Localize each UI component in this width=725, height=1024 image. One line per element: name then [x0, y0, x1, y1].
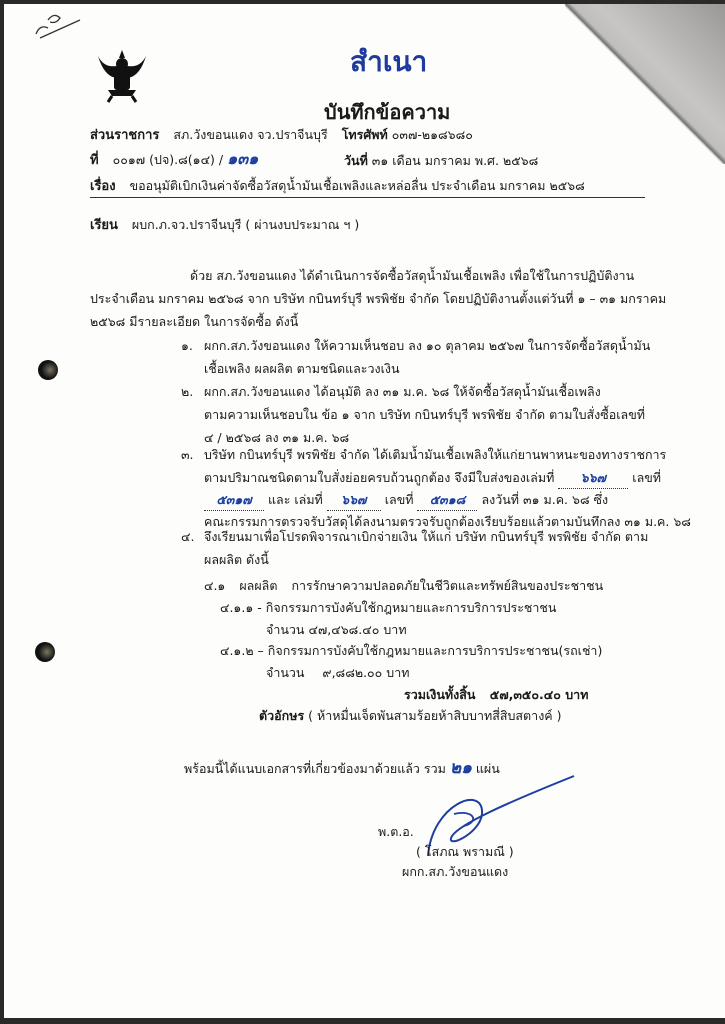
delivery-number-2: ๕๓๑๘	[417, 490, 477, 511]
copy-stamp: สำเนา	[350, 40, 427, 84]
handwritten-mark	[26, 8, 90, 44]
phone-value: ๐๓๗-๒๑๘๖๘๐	[392, 127, 473, 142]
in-words-value: ( ห้าหมื่นเจ็ดพันสามร้อยห้าสิบบาทสี่สิบส…	[308, 708, 561, 723]
agency-line: ส่วนราชการ สภ.วังขอนแดง จว.ปราจีนบุรี โท…	[90, 124, 473, 145]
activity-1-amount-label: จำนวน	[266, 622, 304, 637]
total-amount: ๕๗,๓๕๐.๔๐	[490, 687, 561, 702]
activity-2-amount-line: จำนวน ๙,๘๘๒.๐๐ บาท	[266, 663, 410, 683]
date-line: วันที่ ๓๑ เดือน มกราคม พ.ศ. ๒๕๖๘	[344, 151, 538, 171]
item-2-line-2: ตามความเห็นชอบใน ข้อ ๑ จาก บริษัท กบินทร…	[204, 405, 645, 425]
ref-value: ๐๐๑๗ (ปจ).๘(๑๔) /	[113, 152, 224, 167]
item-3-line-3: ๕๓๑๗ และ เล่มที่ ๖๖๗ เลขที่ ๕๓๑๘ ลงวันที…	[204, 490, 608, 511]
date-year: ๒๕๖๘	[503, 153, 538, 168]
activity-1-name: กิจกรรมการบังคับใช้กฎหมายและการบริการประ…	[266, 600, 557, 615]
number-label-2: เลขที่	[385, 492, 414, 507]
activity-1-amount-line: จำนวน ๔๗,๔๖๘.๔๐ บาท	[266, 620, 407, 640]
ref-label: ที่	[90, 153, 99, 168]
activity-1-number: ๔.๑.๑ -	[220, 600, 262, 615]
output-line: ๔.๑ ผลผลิต การรักษาความปลอดภัยในชีวิตและ…	[204, 576, 603, 596]
agency-label: ส่วนราชการ	[90, 128, 159, 143]
garuda-emblem-icon	[94, 46, 150, 104]
date-day: ๓๑	[372, 153, 388, 168]
and-book-label: และ เล่มที่	[268, 492, 323, 507]
to-label: เรียน	[90, 218, 118, 233]
activity-1-currency: บาท	[383, 622, 406, 637]
recipient-line: เรียน ผบก.ภ.จว.ปราจีนบุรี ( ผ่านงบประมาณ…	[90, 214, 359, 235]
fold-edge	[565, 4, 725, 164]
date-label: วันที่	[344, 153, 368, 168]
to-value: ผบก.ภ.จว.ปราจีนบุรี ( ผ่านงบประมาณ ฯ )	[132, 217, 359, 232]
month-label: เดือน	[392, 153, 420, 168]
year-label: พ.ศ.	[475, 153, 499, 168]
item-4-line-1: จึงเรียนมาเพื่อโปรดพิจารณาเบิกจ่ายเงิน ใ…	[204, 527, 648, 547]
total-currency: บาท	[565, 687, 588, 702]
number-label: เลขที่	[632, 470, 661, 485]
item-1-number: ๑.	[181, 336, 193, 356]
activity-1-line: ๔.๑.๑ - กิจกรรมการบังคับใช้กฎหมายและการบ…	[220, 598, 556, 618]
item-4-number: ๔.	[181, 527, 194, 547]
in-words-label: ตัวอักษร	[259, 708, 304, 723]
delivery-number-1: ๕๓๑๗	[204, 490, 264, 511]
output-value: การรักษาความปลอดภัยในชีวิตและทรัพย์สินขอ…	[291, 578, 603, 593]
dated-label: ลงวันที่	[481, 492, 519, 507]
document-page: สำเนา บันทึกข้อความ ส่วนราชการ สภ.วังขอน…	[4, 4, 725, 1018]
total-line: รวมเงินทั้งสิ้น ๕๗,๓๕๐.๔๐ บาท	[404, 685, 588, 705]
intro-line-3: ๒๕๖๘ มีรายละเอียด ในการจัดซื้อ ดังนี้	[90, 312, 298, 332]
intro-line-2: ประจำเดือน มกราคม ๒๕๖๘ จาก บริษัท กบินทร…	[90, 289, 666, 309]
total-label: รวมเงินทั้งสิ้น	[404, 687, 475, 702]
signer-rank: พ.ต.อ.	[378, 822, 414, 842]
activity-2-amount: ๙,๘๘๒.๐๐	[322, 665, 382, 680]
activity-2-currency: บาท	[386, 665, 409, 680]
item-1-line-1: ผกก.สภ.วังขอนแดง ให้ความเห็นชอบ ลง ๑๐ ตุ…	[204, 336, 650, 356]
phone-label: โทรศัพท์	[342, 127, 388, 142]
activity-2-name: กิจกรรมการบังคับใช้กฎหมายและการบริการประ…	[268, 643, 603, 658]
subject-label: เรื่อง	[90, 179, 116, 194]
date-month: มกราคม	[425, 153, 471, 168]
attachments-text: พร้อมนี้ได้แนบเอกสารที่เกี่ยวข้องมาด้วยแ…	[184, 761, 446, 776]
activity-1-amount: ๔๗,๔๖๘.๔๐	[308, 622, 379, 637]
item-3-line-1: บริษัท กบินทร์บุรี พรพิชัย จำกัด ได้เติม…	[204, 445, 666, 465]
dated-value: ๓๑ ม.ค. ๖๘ ซึ่ง	[523, 492, 608, 507]
item-2-line-1: ผกก.สภ.วังขอนแดง ได้อนุมัติ ลง ๓๑ ม.ค. ๖…	[204, 382, 601, 402]
signer-name: ( โสภณ พรามณี )	[416, 842, 514, 862]
amount-in-words-line: ตัวอักษร ( ห้าหมื่นเจ็ดพันสามร้อยห้าสิบบ…	[259, 706, 562, 726]
book-number-1: ๖๖๗	[558, 468, 628, 489]
subject-line: เรื่อง ขออนุมัติเบิกเงินค่าจัดซื้อวัสดุน…	[90, 175, 585, 196]
intro-line-1: ด้วย สภ.วังขอนแดง ได้ดำเนินการจัดซื้อวัส…	[190, 266, 634, 286]
punch-hole	[38, 360, 58, 380]
item-2-number: ๒.	[181, 382, 193, 402]
activity-2-line: ๔.๑.๒ – กิจกรรมการบังคับใช้กฎหมายและการบ…	[220, 641, 602, 661]
ref-handwritten: ๑๓๑	[227, 149, 258, 168]
item-3-line-2: ตามปริมาณชนิดตามใบสั่งย่อยครบถ้วนถูกต้อง…	[204, 468, 661, 489]
activity-2-number: ๔.๑.๒ –	[220, 643, 264, 658]
book-number-2: ๖๖๗	[327, 490, 381, 511]
agency-value: สภ.วังขอนแดง จว.ปราจีนบุรี	[173, 127, 327, 142]
header-divider	[90, 197, 645, 198]
item-1-line-2: เชื้อเพลิง ผลผลิต ตามชนิดและวงเงิน	[204, 359, 400, 379]
punch-hole	[35, 642, 55, 662]
activity-2-amount-label: จำนวน	[266, 665, 304, 680]
output-label: ผลผลิต	[239, 578, 277, 593]
item-4-line-2: ผลผลิต ดังนี้	[204, 550, 269, 570]
reference-line: ที่ ๐๐๑๗ (ปจ).๘(๑๔) / ๑๓๑	[90, 147, 258, 172]
signer-position: ผกก.สภ.วังขอนแดง	[402, 862, 508, 882]
item-3-number: ๓.	[181, 445, 194, 465]
output-number: ๔.๑	[204, 578, 225, 593]
delivery-note-text: ตามปริมาณชนิดตามใบสั่งย่อยครบถ้วนถูกต้อง…	[204, 470, 554, 485]
subject-value: ขออนุมัติเบิกเงินค่าจัดซื้อวัสดุน้ำมันเช…	[130, 178, 585, 193]
